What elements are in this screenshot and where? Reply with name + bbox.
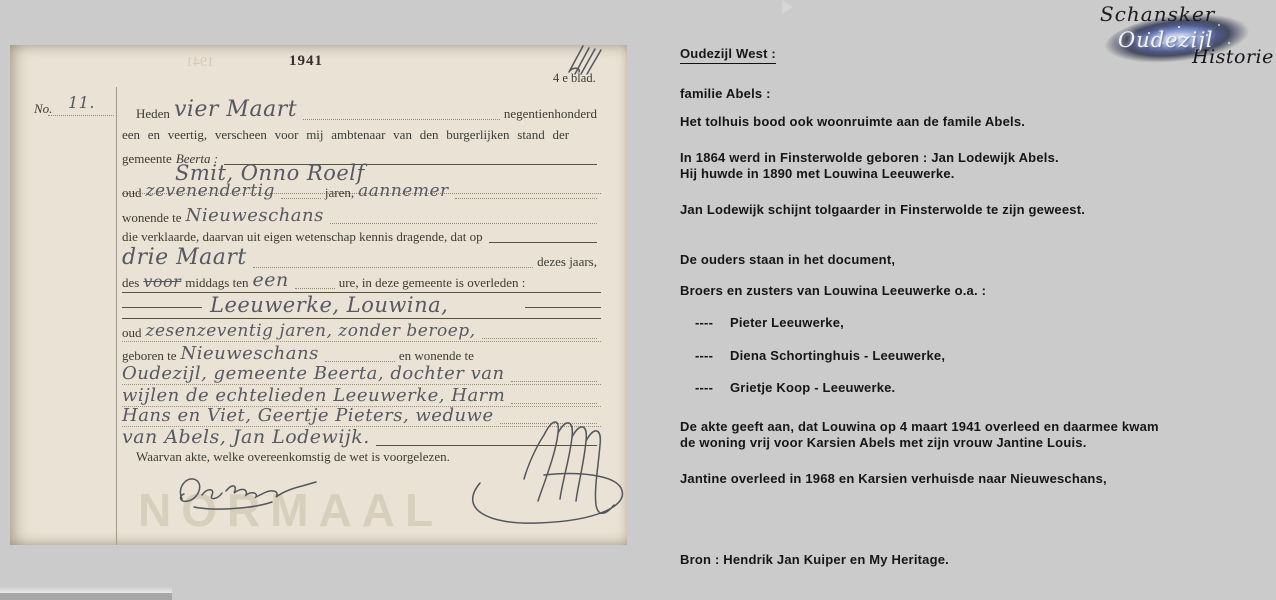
print-heden: Heden	[136, 106, 170, 122]
paragraph-tolgaarder: Jan Lodewijk schijnt tolgaarder in Finst…	[680, 202, 1085, 218]
paragraph-akte-line1: De akte geeft aan, dat Louwina op 4 maar…	[680, 419, 1159, 434]
hand-hour: een	[252, 269, 288, 291]
sibling-name: Grietje Koop - Leeuwerke.	[730, 380, 895, 395]
list-dash: ----	[695, 315, 730, 331]
paragraph-born-line1: In 1864 werd in Finsterwolde geboren : J…	[680, 150, 1059, 165]
paragraph-born: In 1864 werd in Finsterwolde geboren : J…	[680, 150, 1059, 182]
signature-declarant-icon	[168, 465, 323, 515]
ruled-line	[511, 376, 597, 382]
paragraph-ouders: De ouders staan in het document,	[680, 252, 895, 268]
ruled-line	[455, 193, 597, 199]
hand-widow-of: van Abels, Jan Lodewijk.	[122, 426, 370, 448]
print-waarvan-akte: Waarvan akte, welke overeenkomstig de we…	[136, 449, 450, 465]
year-ink-ghost: 1941	[186, 55, 214, 71]
print-overleden: ure, in deze gemeente is overleden :	[339, 275, 526, 291]
horizontal-scrollbar-thumb[interactable]	[0, 593, 172, 600]
certificate-line-oud: oud zevenendertig jaren, aannemer	[122, 181, 601, 201]
print-en-wonende-te: en wonende te	[399, 348, 474, 364]
print-des: des	[122, 275, 139, 291]
certificate-line-deceased-age: oud zesenzeventig jaren, zonder beroep,	[122, 321, 601, 342]
certificate-line-verklaarde: die verklaarde, daarvan uit eigen wetens…	[122, 229, 601, 245]
site-logo: Schansker Oudezijl Historie	[1088, 2, 1274, 78]
blad-number: 4 e blad.	[553, 71, 596, 86]
certificate-line-time: des voor middags ten een ure, in deze ge…	[122, 269, 601, 291]
hand-age: zevenendertig	[146, 181, 275, 201]
hand-deceased-age: zesenzeventig jaren, zonder beroep,	[146, 321, 476, 341]
hand-birthplace: Nieuweschans	[181, 343, 319, 364]
print-wonende-te: wonende te	[122, 210, 182, 226]
ruled-line	[48, 115, 114, 116]
certificate-year: 1941	[256, 53, 356, 70]
sibling-item: ----Pieter Leeuwerke,	[680, 315, 844, 331]
print-geboren-te: geboren te	[122, 348, 177, 364]
print-gemeente: gemeente	[122, 151, 172, 167]
paragraph-akte: De akte geeft aan, dat Louwina op 4 maar…	[680, 419, 1159, 451]
certificate-line-wonende: wonende te Nieuweschans	[122, 205, 601, 226]
ruled-line	[511, 398, 597, 404]
hand-voor-struck: voor	[143, 272, 181, 291]
ruled-line	[122, 307, 202, 308]
cursor-artifact	[782, 0, 793, 14]
page-title-text: Oudezijl West :	[680, 46, 776, 64]
paragraph-born-line2: Hij huwde in 1890 met Louwina Leeuwerke.	[680, 166, 955, 181]
hand-deceased-name: Leeuwerke, Louwina,	[210, 293, 448, 317]
print-dezes-jaars: dezes jaars,	[537, 254, 597, 270]
ruled-line	[330, 218, 597, 224]
ruled-line	[303, 114, 500, 120]
family-heading: familie Abels :	[680, 86, 771, 102]
logo-word-schansker: Schansker	[1100, 2, 1215, 26]
certificate-line-geboren: geboren te Nieuweschans en wonende te	[122, 343, 601, 364]
akte-no-value: 11.	[68, 93, 95, 112]
ruled-line	[489, 237, 597, 243]
list-dash: ----	[695, 380, 730, 396]
sibling-name: Diena Schortinghuis - Leeuwerke,	[730, 348, 945, 363]
ruled-line	[482, 333, 597, 339]
print-verklaarde: die verklaarde, daarvan uit eigen wetens…	[122, 229, 483, 245]
certificate-line-2: een en veertig, verscheen voor mij ambte…	[122, 127, 601, 143]
print-line-2: een en veertig, verscheen voor mij ambte…	[122, 127, 569, 143]
hand-profession: aannemer	[358, 181, 449, 201]
ruled-line	[525, 307, 601, 308]
certificate-line-oudezijl: Oudezijl, gemeente Beerta, dochter van	[122, 363, 601, 385]
certificate-line-wijlen: wijlen de echtelieden Leeuwerke, Harm	[122, 385, 601, 407]
hand-oudezijl: Oudezijl, gemeente Beerta, dochter van	[122, 363, 505, 384]
ruled-line	[281, 193, 321, 199]
hand-wijlen: wijlen de echtelieden Leeuwerke, Harm	[122, 385, 505, 406]
article-oudezijl-west: Oudezijl West : familie Abels : Het tolh…	[680, 40, 1276, 600]
paragraph-broers: Broers en zusters van Louwina Leeuwerke …	[680, 283, 986, 299]
paragraph-tolhuis: Het tolhuis bood ook woonruimte aan de f…	[680, 114, 1025, 130]
paragraph-akte-line2: de woning vrij voor Karsien Abels met zi…	[680, 435, 1087, 450]
hand-death-date: drie Maart	[122, 245, 247, 270]
sibling-item: ----Diena Schortinghuis - Leeuwerke,	[680, 348, 945, 364]
hand-date: vier Maart	[174, 97, 297, 122]
margin-rule	[116, 87, 117, 545]
death-certificate-scan: 1941 1941 4 e blad. No. 11. Heden vier M…	[10, 45, 627, 545]
page-title: Oudezijl West :	[680, 46, 776, 64]
print-negentienhonderd: negentienhonderd	[504, 106, 597, 122]
signature-registrar-icon	[448, 413, 633, 531]
sibling-item: ----Grietje Koop - Leeuwerke.	[680, 380, 895, 396]
paragraph-bron: Bron : Hendrik Jan Kuiper en My Heritage…	[680, 552, 949, 568]
sibling-name: Pieter Leeuwerke,	[730, 315, 844, 330]
print-oud: oud	[122, 185, 142, 201]
paragraph-jantine: Jantine overleed in 1968 en Karsien verh…	[680, 471, 1107, 487]
hand-residence: Nieuweschans	[186, 205, 324, 226]
ruled-line	[122, 318, 601, 319]
ruled-line	[295, 283, 335, 289]
list-dash: ----	[695, 348, 730, 364]
print-jaren: jaren,	[325, 185, 354, 201]
ruled-line	[253, 262, 533, 268]
print-middags-ten: middags ten	[185, 275, 248, 291]
certificate-line-heden: Heden vier Maart negentienhonderd	[122, 97, 601, 122]
logo-word-historie: Historie	[1192, 46, 1274, 68]
hand-parents: Hans en Viet, Geertje Pieters, weduwe	[122, 405, 494, 426]
print-oud-2: oud	[122, 325, 142, 341]
certificate-line-death-date: drie Maart dezes jaars,	[122, 245, 601, 270]
ruled-line	[325, 356, 395, 362]
